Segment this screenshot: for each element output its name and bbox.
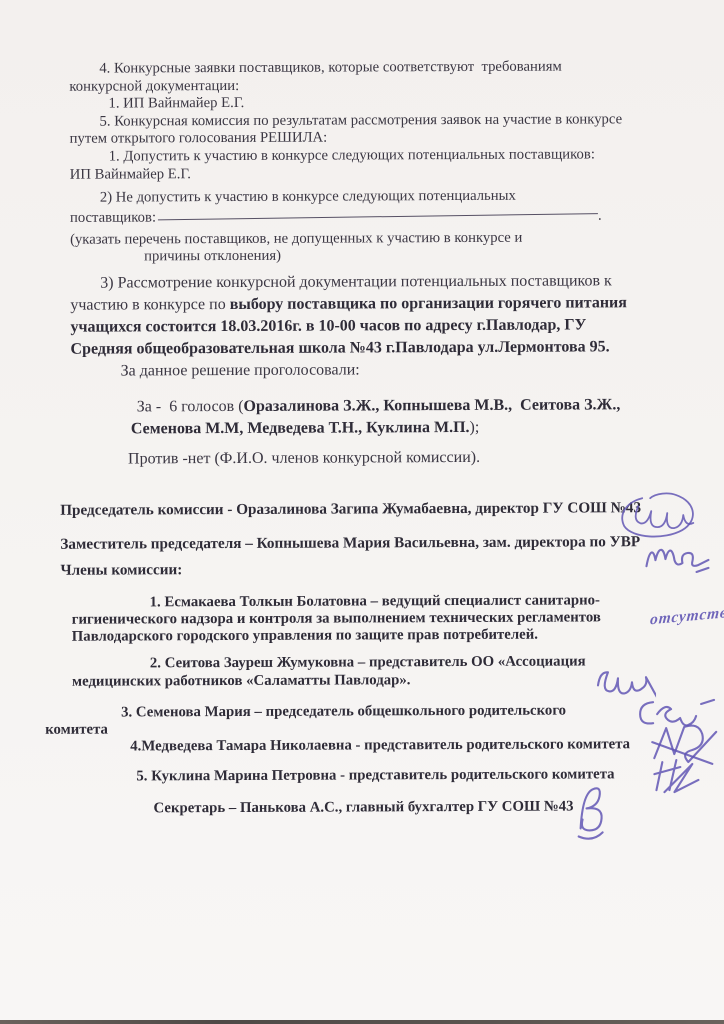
clause5-decision-3: 3) Рассмотрение конкурсной документации … bbox=[70, 270, 687, 361]
chairman-line: Председатель комиссии - Оразалинова Заги… bbox=[60, 498, 688, 521]
scanned-document-page: 4. Конкурсные заявки поставщиков, которы… bbox=[0, 0, 724, 1024]
footnote-line-1: (указать перечень поставщиков, не допуще… bbox=[70, 229, 522, 247]
underline-period: . bbox=[598, 207, 602, 223]
members-label: Члены комиссии: bbox=[60, 558, 688, 581]
member-2-text: 2. Сеитова Зауреш Жумуковна – представит… bbox=[72, 654, 586, 689]
secretary-signature bbox=[566, 782, 616, 844]
member-4-text: 4.Медведева Тамара Николаевна - представ… bbox=[130, 736, 630, 754]
clause5-decision-1: 1. Допустить к участию в конкурсе следую… bbox=[70, 146, 687, 184]
member-5-text: 5. Куклина Марина Петровна - представите… bbox=[136, 767, 614, 785]
seitova-signature bbox=[588, 658, 656, 702]
member-item-seitova: 2. Сеитова Зауреш Жумуковна – представит… bbox=[72, 653, 689, 690]
member-item-kuklina: 5. Куклина Марина Петровна - представите… bbox=[72, 766, 689, 786]
clause5-decision-2: 2) Не допустить к участию в конкурсе сле… bbox=[70, 187, 687, 227]
vote-against-line: Против -нет (Ф.И.О. членов конкурсной ко… bbox=[128, 446, 688, 470]
clause4-paragraph: 4. Конкурсные заявки поставщиков, которы… bbox=[69, 58, 686, 96]
vote-for-line: За - 6 голосов (Оразалинова З.Ж., Копныш… bbox=[131, 394, 688, 440]
vote-for-suffix: ); bbox=[469, 419, 479, 436]
signing-block: Председатель комиссии - Оразалинова Заги… bbox=[60, 498, 688, 581]
vote-for-prefix: За - 6 голосов ( bbox=[137, 398, 244, 415]
member-item-semenova: 3. Семенова Мария – председатель общешко… bbox=[45, 702, 689, 739]
secretary-line: Секретарь – Панькова А.С., главный бухга… bbox=[72, 798, 689, 818]
footnote-line-2: причины отклонения) bbox=[70, 248, 281, 265]
member-item-medvedeva: 4.Медведева Тамара Николаевна - представ… bbox=[72, 736, 689, 756]
vote-intro-line: За данное решение проголосовали: bbox=[71, 358, 688, 383]
member-3-text: 3. Семенова Мария – председатель общешко… bbox=[45, 702, 566, 737]
member-1-text: 1. Есмакаева Толкын Болатовна – ведущий … bbox=[72, 592, 601, 645]
clause5-footnote: (указать перечень поставщиков, не допуще… bbox=[70, 229, 687, 267]
scan-bottom-edge bbox=[0, 1020, 724, 1024]
document-content: 4. Конкурсные заявки поставщиков, которы… bbox=[0, 0, 724, 818]
secretary-text: Секретарь – Панькова А.С., главный бухга… bbox=[153, 798, 573, 816]
deputy-line: Заместитель председателя – Копнышева Мар… bbox=[60, 532, 688, 555]
member-item-esmakaeva: 1. Есмакаева Толкын Болатовна – ведущий … bbox=[72, 592, 689, 646]
suppliers-label: поставщиков: bbox=[70, 209, 156, 225]
clause5-paragraph: 5. Конкурсная комиссия по результатам ра… bbox=[69, 111, 686, 149]
semenova-signature bbox=[631, 692, 717, 732]
kuklina-signature bbox=[646, 754, 706, 798]
